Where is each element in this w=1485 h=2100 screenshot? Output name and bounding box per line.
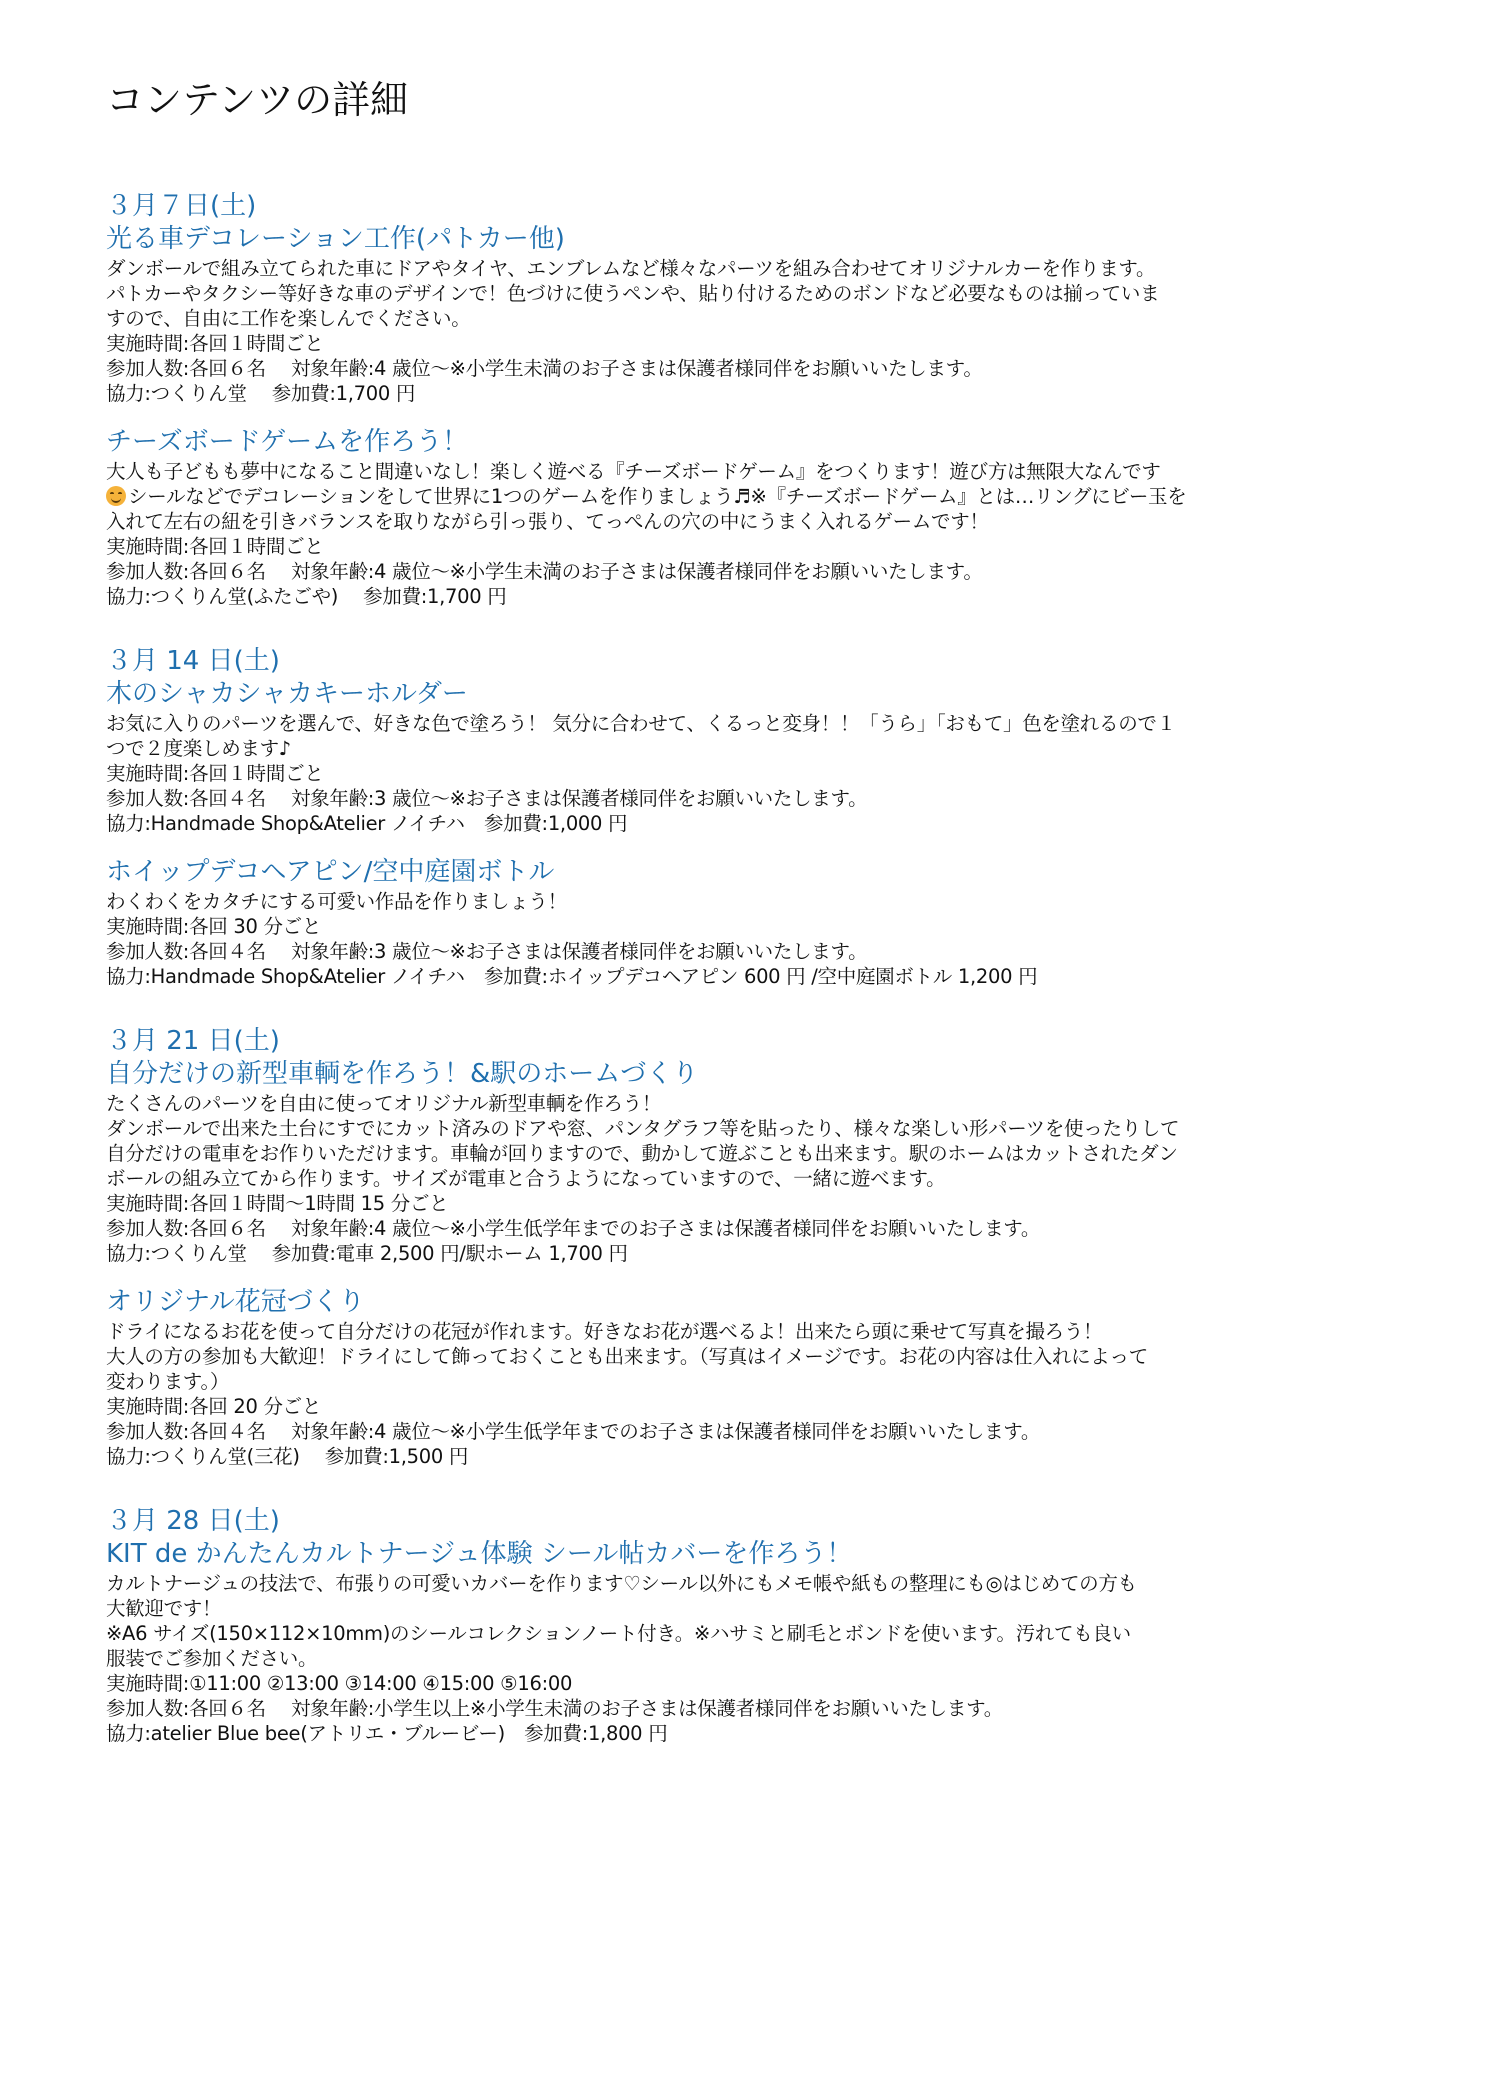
- day-section-mar-14: ３月 14 日(土) 木のシャカシャカキーホルダー お気に入りのパーツを選んで、…: [106, 645, 1406, 989]
- event-capacity-age: 参加人数:各回６名 対象年齢:4 歳位～※小学生低学年までのお子さまは保護者様同…: [106, 1216, 1406, 1241]
- event-description-line: わくわくをカタチにする可愛い作品を作りましょう！: [106, 889, 1406, 914]
- event-flower-crown: オリジナル花冠づくり ドライになるお花を使って自分だけの花冠が作れます。好きなお…: [106, 1286, 1406, 1469]
- page-title: コンテンツの詳細: [106, 72, 1406, 128]
- event-description-line: ボールの組み立てから作ります。サイズが電車と合うようになっていますので、一緒に遊…: [106, 1166, 1406, 1191]
- event-description-line: ※A6 サイズ(150×112×10mm)のシールコレクションノート付き。※ハサ…: [106, 1621, 1406, 1646]
- event-description-line: つで２度楽しめます♪: [106, 736, 1406, 761]
- event-wood-keyholder: 木のシャカシャカキーホルダー お気に入りのパーツを選んで、好きな色で塗ろう！ 気…: [106, 678, 1406, 836]
- day-heading: ３月 28 日(土): [106, 1505, 1406, 1538]
- event-title: KIT de かんたんカルトナージュ体験 シール帖カバーを作ろう！: [106, 1538, 1406, 1571]
- event-description-line: ダンボールで出来た土台にすでにカット済みのドアや窓、パンタグラフ等を貼ったり、様…: [106, 1116, 1406, 1141]
- event-description-line: 大歓迎です！: [106, 1596, 1406, 1621]
- event-description-line: 入れて左右の紐を引きバランスを取りながら引っ張り、てっぺんの穴の中にうまく入れる…: [106, 509, 1406, 534]
- day-section-mar-7: ３月７日(土) 光る車デコレーション工作(パトカー他) ダンボールで組み立てられ…: [106, 190, 1406, 609]
- event-description-line: 自分だけの電車をお作りいただけます。車輪が回りますので、動かして遊ぶことも出来ま…: [106, 1141, 1406, 1166]
- event-time: 実施時間:各回１時間ごと: [106, 761, 1406, 786]
- event-description-line: 大人も子どもも夢中になること間違いなし！楽しく遊べる『チーズボードゲーム』をつく…: [106, 459, 1406, 484]
- event-title: 木のシャカシャカキーホルダー: [106, 678, 1406, 711]
- event-capacity-age: 参加人数:各回６名 対象年齢:4 歳位～※小学生未満のお子さまは保護者様同伴をお…: [106, 559, 1406, 584]
- event-description-line: 服装でご参加ください。: [106, 1646, 1406, 1671]
- event-partner-fee: 協力:Handmade Shop&Atelier ノイチハ 参加費:ホイップデコ…: [106, 964, 1406, 989]
- event-partner-fee: 協力:atelier Blue bee(アトリエ・ブルービー) 参加費:1,80…: [106, 1721, 1406, 1746]
- event-train-car: 自分だけの新型車輌を作ろう！&駅のホームづくり たくさんのパーツを自由に使ってオ…: [106, 1058, 1406, 1266]
- event-cartonnage: KIT de かんたんカルトナージュ体験 シール帖カバーを作ろう！ カルトナージ…: [106, 1538, 1406, 1746]
- document-page: コンテンツの詳細 ３月７日(土) 光る車デコレーション工作(パトカー他) ダンボ…: [106, 72, 1406, 1782]
- event-description-line: お気に入りのパーツを選んで、好きな色で塗ろう！ 気分に合わせて、くるっと変身！！…: [106, 711, 1406, 736]
- event-description-line: たくさんのパーツを自由に使ってオリジナル新型車輌を作ろう！: [106, 1091, 1406, 1116]
- event-description-line: 大人の方の参加も大歓迎！ドライにして飾っておくことも出来ます。（写真はイメージで…: [106, 1344, 1406, 1369]
- event-time: 実施時間:各回 20 分ごと: [106, 1394, 1406, 1419]
- event-time: 実施時間:各回１時間ごと: [106, 331, 1406, 356]
- event-time: 実施時間:各回 30 分ごと: [106, 914, 1406, 939]
- event-car-decoration: 光る車デコレーション工作(パトカー他) ダンボールで組み立てられた車にドアやタイ…: [106, 223, 1406, 406]
- event-description-line: パトカーやタクシー等好きな車のデザインで！色づけに使うペンや、貼り付けるためのボ…: [106, 281, 1406, 306]
- event-capacity-age: 参加人数:各回４名 対象年齢:4 歳位～※小学生低学年までのお子さまは保護者様同…: [106, 1419, 1406, 1444]
- event-description-line: ダンボールで組み立てられた車にドアやタイヤ、エンブレムなど様々なパーツを組み合わ…: [106, 256, 1406, 281]
- event-capacity-age: 参加人数:各回４名 対象年齢:3 歳位～※お子さまは保護者様同伴をお願いいたしま…: [106, 786, 1406, 811]
- day-heading: ３月 21 日(土): [106, 1025, 1406, 1058]
- event-capacity-age: 参加人数:各回４名 対象年齢:3 歳位～※お子さまは保護者様同伴をお願いいたしま…: [106, 939, 1406, 964]
- event-title: オリジナル花冠づくり: [106, 1286, 1406, 1319]
- event-description-line: 変わります。）: [106, 1369, 1406, 1394]
- event-title: ホイップデコヘアピン/空中庭園ボトル: [106, 856, 1406, 889]
- smiling-face-icon: [106, 486, 126, 506]
- event-time: 実施時間:各回１時間～1時間 15 分ごと: [106, 1191, 1406, 1216]
- event-title: 光る車デコレーション工作(パトカー他): [106, 223, 1406, 256]
- event-description-text: シールなどでデコレーションをして世界に1つのゲームを作りましょう♬※『チーズボー…: [128, 485, 1186, 508]
- event-partner-fee: 協力:つくりん堂(三花) 参加費:1,500 円: [106, 1444, 1406, 1469]
- event-title: 自分だけの新型車輌を作ろう！&駅のホームづくり: [106, 1058, 1406, 1091]
- event-partner-fee: 協力:つくりん堂(ふたごや) 参加費:1,700 円: [106, 584, 1406, 609]
- event-description-line: すので、自由に工作を楽しんでください。: [106, 306, 1406, 331]
- event-time: 実施時間:①11:00 ②13:00 ③14:00 ④15:00 ⑤16:00: [106, 1671, 1406, 1696]
- event-partner-fee: 協力:つくりん堂 参加費:電車 2,500 円/駅ホーム 1,700 円: [106, 1241, 1406, 1266]
- day-heading: ３月 14 日(土): [106, 645, 1406, 678]
- event-description-line: カルトナージュの技法で、布張りの可愛いカバーを作ります♡シール以外にもメモ帳や紙…: [106, 1571, 1406, 1596]
- event-whip-deco-hairpin: ホイップデコヘアピン/空中庭園ボトル わくわくをカタチにする可愛い作品を作りまし…: [106, 856, 1406, 989]
- event-title: チーズボードゲームを作ろう！: [106, 426, 1406, 459]
- event-description-line-with-emoji: シールなどでデコレーションをして世界に1つのゲームを作りましょう♬※『チーズボー…: [106, 484, 1406, 509]
- event-capacity-age: 参加人数:各回６名 対象年齢:小学生以上※小学生未満のお子さまは保護者様同伴をお…: [106, 1696, 1406, 1721]
- day-heading: ３月７日(土): [106, 190, 1406, 223]
- event-capacity-age: 参加人数:各回６名 対象年齢:4 歳位～※小学生未満のお子さまは保護者様同伴をお…: [106, 356, 1406, 381]
- event-time: 実施時間:各回１時間ごと: [106, 534, 1406, 559]
- event-partner-fee: 協力:Handmade Shop&Atelier ノイチハ 参加費:1,000 …: [106, 811, 1406, 836]
- event-partner-fee: 協力:つくりん堂 参加費:1,700 円: [106, 381, 1406, 406]
- event-description-line: ドライになるお花を使って自分だけの花冠が作れます。好きなお花が選べるよ！出来たら…: [106, 1319, 1406, 1344]
- day-section-mar-21: ３月 21 日(土) 自分だけの新型車輌を作ろう！&駅のホームづくり たくさんの…: [106, 1025, 1406, 1469]
- event-cheese-board-game: チーズボードゲームを作ろう！ 大人も子どもも夢中になること間違いなし！楽しく遊べ…: [106, 426, 1406, 609]
- day-section-mar-28: ３月 28 日(土) KIT de かんたんカルトナージュ体験 シール帖カバーを…: [106, 1505, 1406, 1746]
